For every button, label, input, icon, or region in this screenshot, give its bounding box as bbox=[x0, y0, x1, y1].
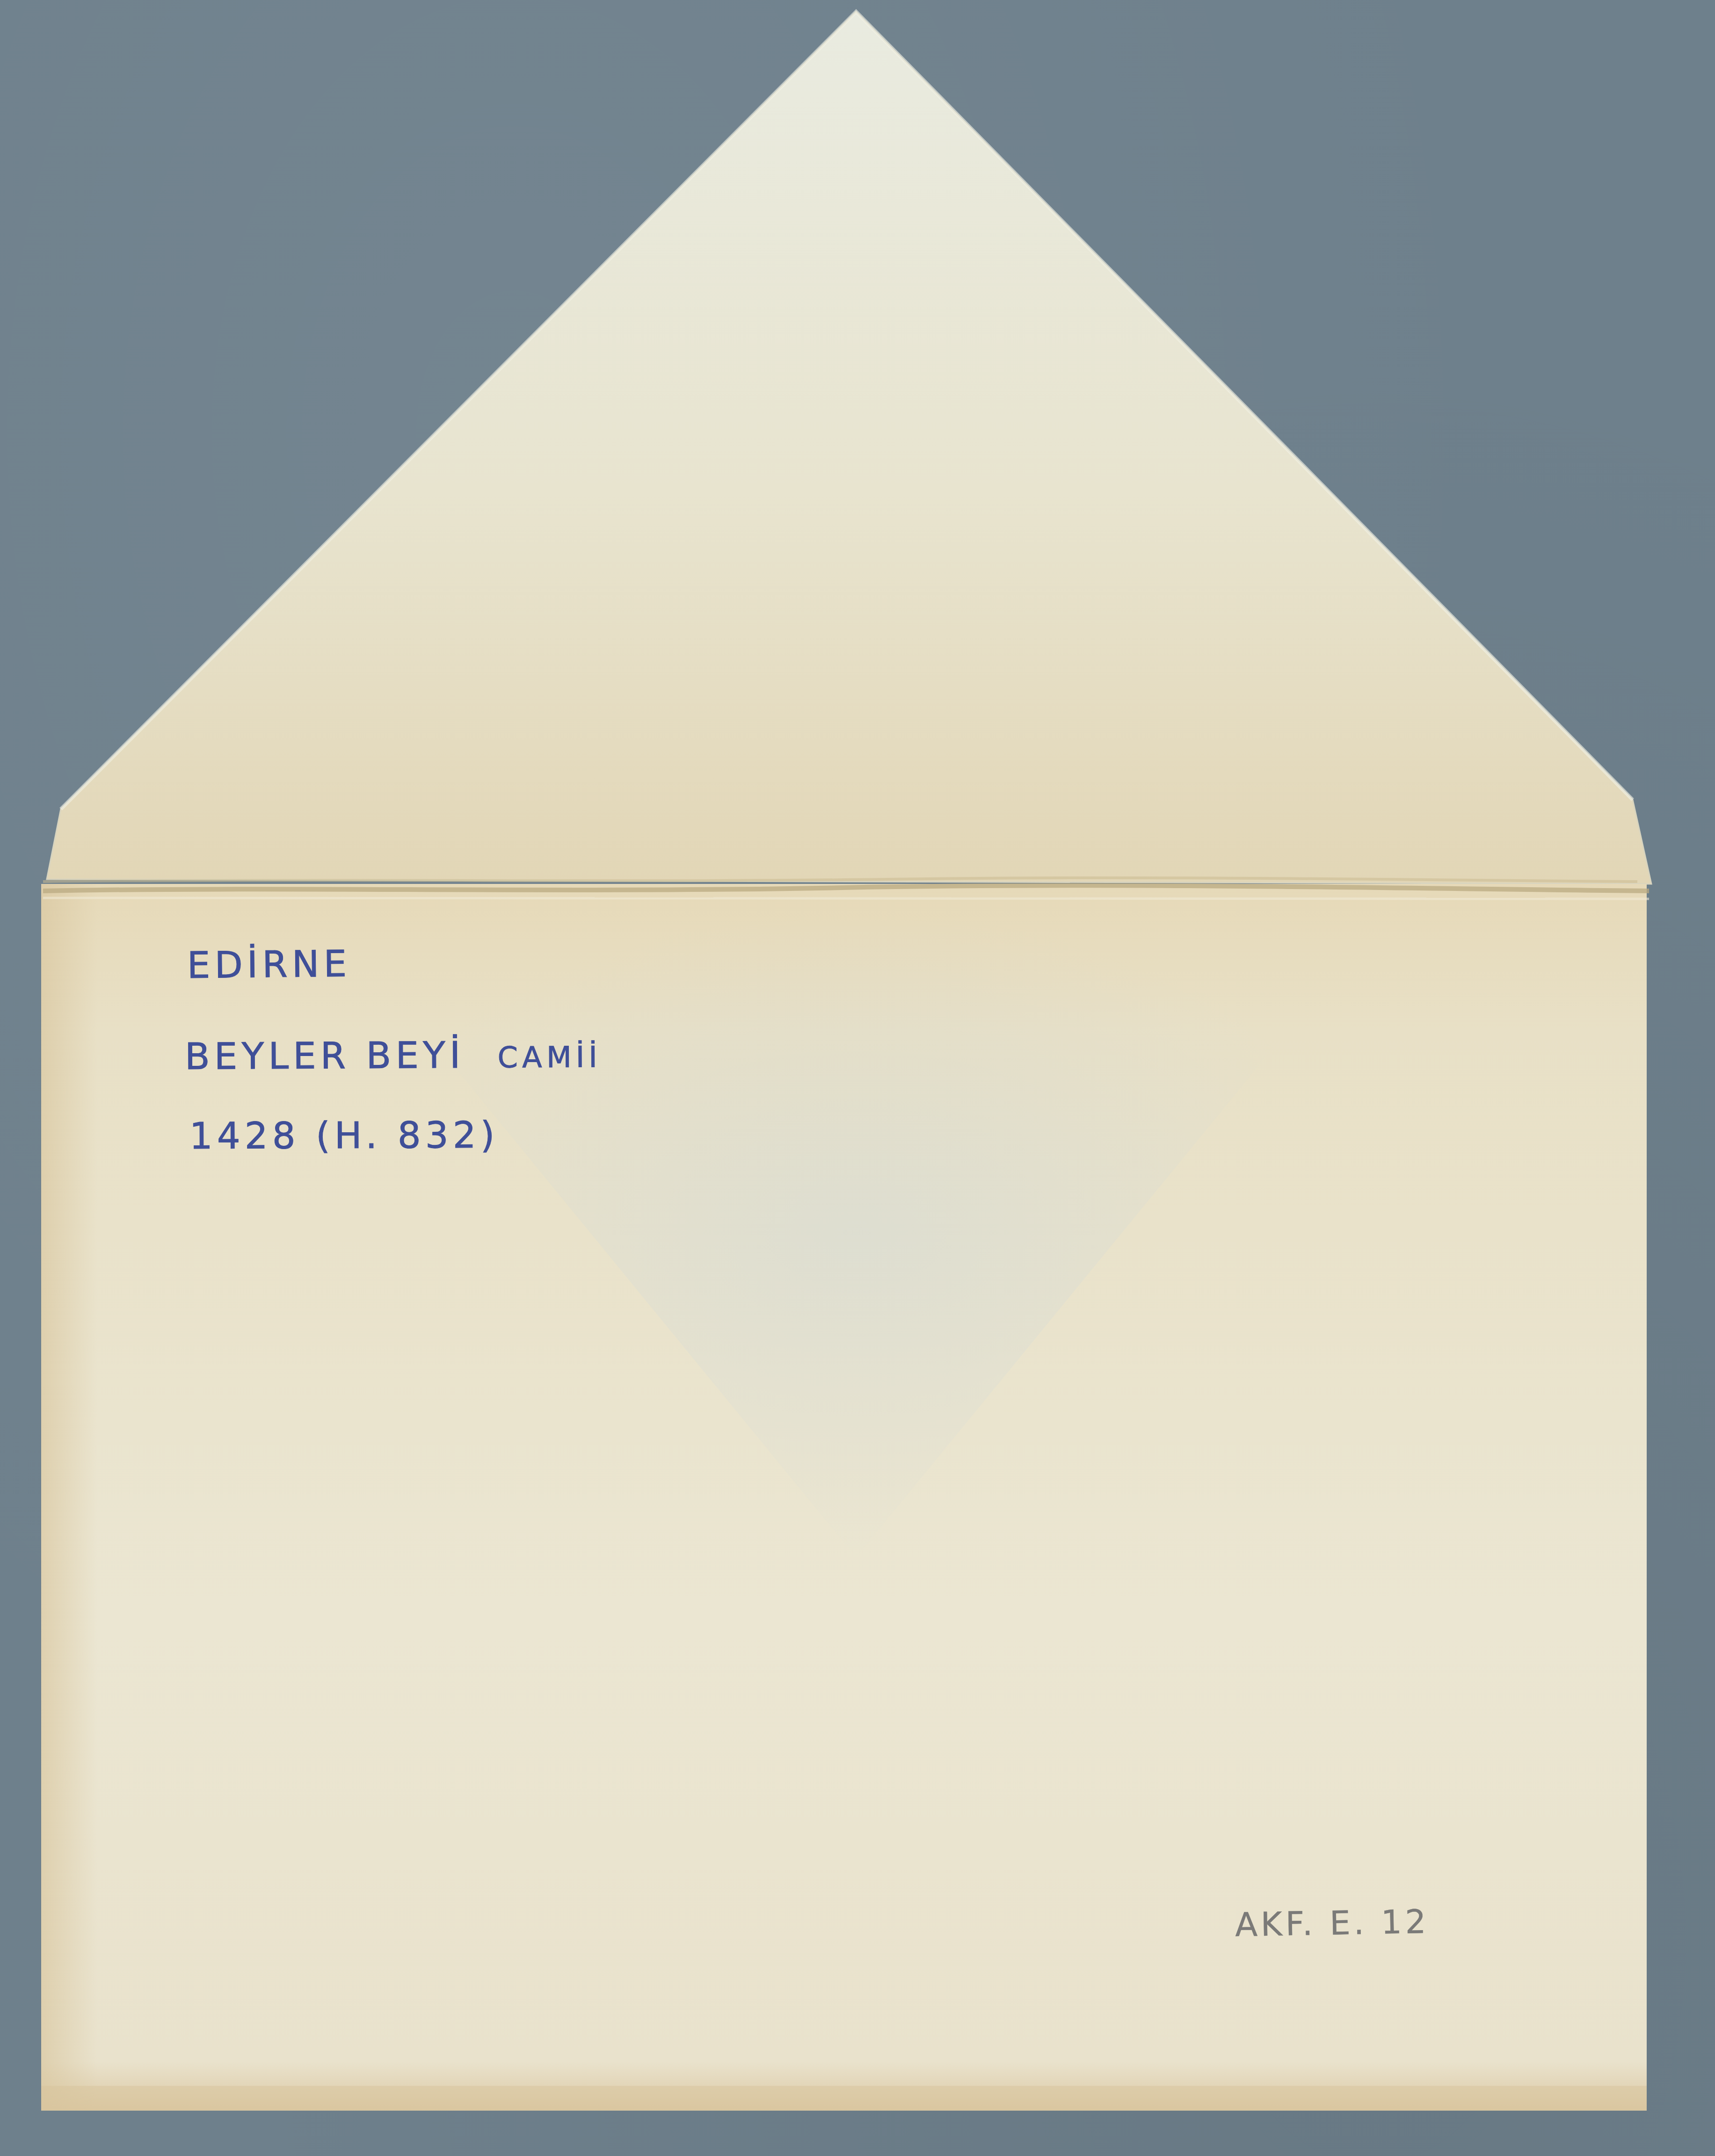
envelope bbox=[0, 0, 1715, 2156]
handwritten-monument-name: BEYLER BEYİCAMİİ bbox=[185, 1034, 602, 1078]
handwritten-monument-name-part2: CAMİİ bbox=[497, 1040, 602, 1074]
handwritten-city: EDİRNE bbox=[187, 943, 351, 987]
pencil-reference-code: AKF. E. 12 bbox=[1235, 1903, 1429, 1944]
handwritten-date: 1428 (H. 832) bbox=[189, 1114, 499, 1158]
envelope-flap bbox=[47, 12, 1651, 884]
handwritten-monument-name-part1: BEYLER BEYİ bbox=[185, 1035, 465, 1078]
